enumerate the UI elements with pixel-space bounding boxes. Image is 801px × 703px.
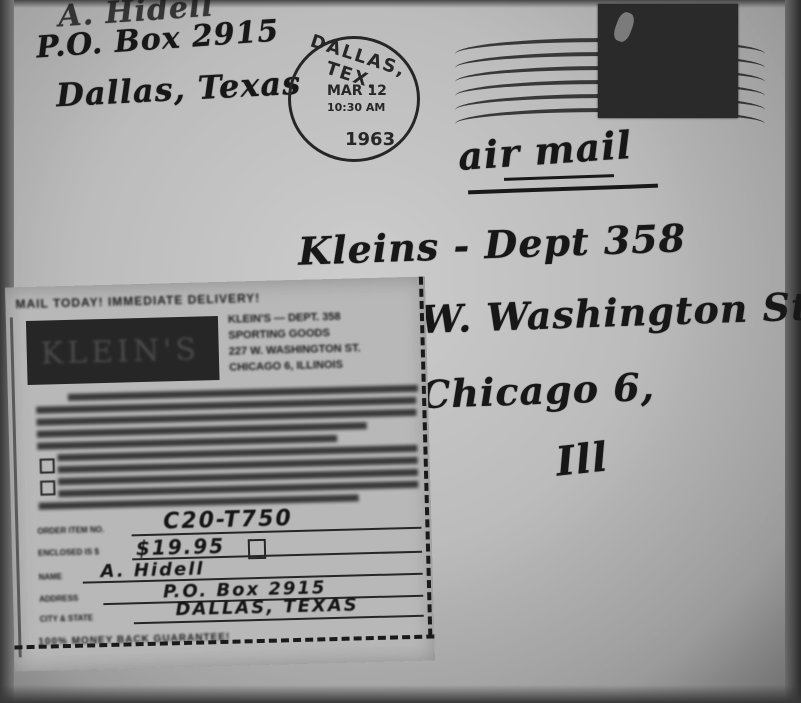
coupon-checkbox[interactable] [40, 458, 55, 473]
photo-edge-bottom [0, 685, 801, 703]
coupon-checkbox[interactable] [40, 480, 55, 495]
recipient-line-3: Chicago 6, [419, 364, 655, 417]
coupon-logo: KLEIN'S [26, 316, 220, 385]
fine-print-line [39, 494, 359, 509]
stamp-glint [611, 10, 636, 44]
postmark-time: 10:30 AM [327, 101, 385, 114]
recipient-line-4: Ill [554, 433, 611, 485]
photo-edge-right [785, 0, 801, 703]
coupon-mail-to-line: 227 W. Washington St. [229, 342, 361, 357]
field-amount: $19.95 [136, 534, 226, 560]
return-address-city: Dallas, Texas [55, 64, 302, 115]
field-label-name: NAME [39, 572, 63, 582]
coupon-mail-to-line: KLEIN'S — Dept. 358 [228, 311, 341, 326]
order-coupon: MAIL TODAY! IMMEDIATE DELIVERY! KLEIN'S … [5, 277, 435, 672]
airmail-underline [504, 174, 614, 181]
field-label-address: ADDRESS [39, 594, 78, 604]
field-label-amount: ENCLOSED is $ [38, 547, 99, 558]
postage-stamp-icon [598, 4, 738, 118]
postmark-icon: DALLAS, TEX. MAR 12 10:30 AM 1963 [288, 36, 420, 162]
coupon-header: MAIL TODAY! IMMEDIATE DELIVERY! [15, 291, 260, 311]
airmail-underline [468, 184, 658, 195]
field-label-city-state: CITY & STATE [40, 613, 94, 623]
postmark-year: 1963 [345, 129, 395, 150]
field-label-item: ORDER ITEM NO. [37, 525, 104, 536]
coupon-mail-to-line: Chicago 6, Illinois [229, 359, 343, 374]
recipient-line-2: W. Washington St. [419, 283, 801, 342]
coupon-logo-text: KLEIN'S [40, 332, 200, 371]
postmark-date: MAR 12 [327, 83, 387, 99]
recipient-line-1: Kleins - Dept 358 [297, 215, 686, 274]
airmail-note: air mail [457, 122, 634, 179]
amount-checkbox [248, 539, 267, 559]
envelope-photo: A. Hidell P.O. Box 2915 Dallas, Texas DA… [0, 0, 801, 703]
field-item-number: C20-T750 [163, 506, 293, 534]
field-name: A. Hidell [100, 558, 205, 582]
coupon-mail-to-line: Sporting Goods [228, 327, 330, 342]
